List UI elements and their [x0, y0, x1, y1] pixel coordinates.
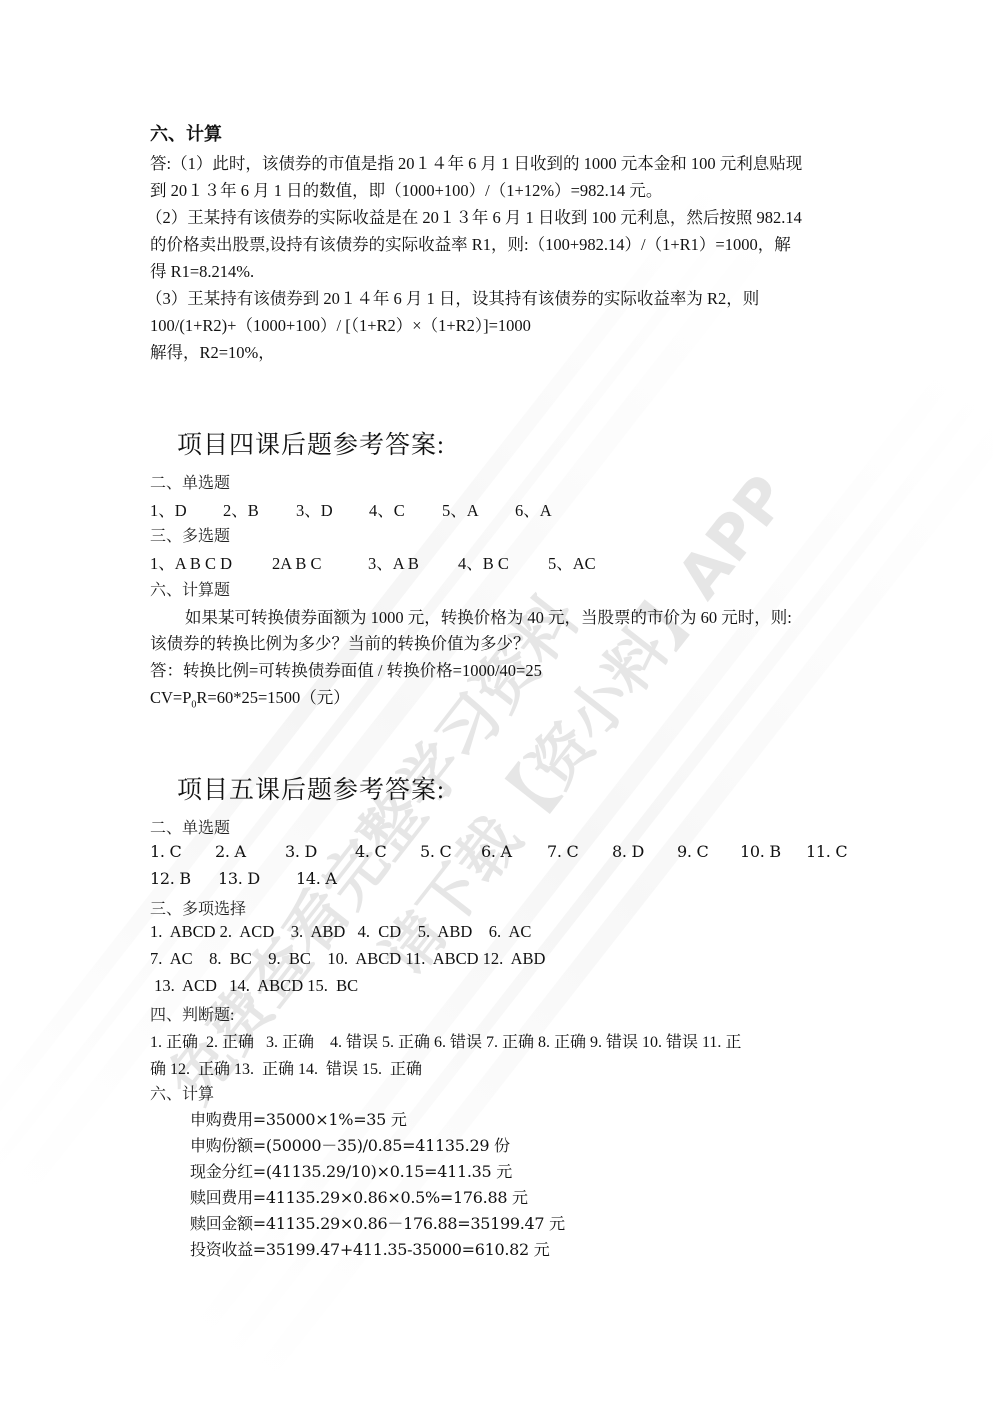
project4-single-choice-heading: 二、单选题 [150, 470, 230, 493]
project5-single-choice-row2: 12. B13. D14. A [150, 869, 337, 888]
answer-item: 4、B C [458, 550, 548, 574]
project5-judgement-heading: 四、判断题: [150, 1002, 234, 1025]
project5-calc-heading: 六、计算 [150, 1081, 214, 1104]
project5-multi-choice-row1: 1. ABCD 2. ACD 3. ABD 4. CD 5. ABD 6. AC [150, 922, 531, 942]
watermark-text-2: 请下载【资小料】APP [369, 463, 802, 990]
project5-calc-line: 申购份额=(50000－35)/0.85=41135.29 份 [190, 1133, 510, 1156]
calc-answer-line: 到 20１３年 6 月 1 日的数值，即（1000+100）/（1+12%）=9… [150, 177, 662, 201]
project5-single-choice-heading: 二、单选题 [150, 815, 230, 838]
answer-item: 12. B [150, 869, 218, 888]
answer-item: 7. C [547, 842, 612, 861]
answer-item: 8. D [612, 842, 677, 861]
calc-answer-line: 答:（1）此时，该债券的市值是指 20１４年 6 月 1 日收到的 1000 元… [150, 150, 802, 174]
project4-answer-line: 答：转换比例=可转换债券面值 / 转换价格=1000/40=25 [150, 657, 542, 681]
answer-item: 5、AC [548, 550, 596, 574]
answer-item: 5、A [442, 497, 515, 521]
answer-item: 1. C [150, 842, 215, 861]
project4-calc-heading: 六、计算题 [150, 577, 230, 600]
answer-item: 4、C [369, 497, 442, 521]
answer-item: 14. A [296, 869, 337, 888]
answer-item: 2A B C [272, 554, 368, 574]
answer-item: 13. D [218, 869, 296, 888]
project5-calc-line: 投资收益=35199.47+411.35-35000=610.82 元 [190, 1237, 549, 1260]
project5-judgement-row2: 确 12. 正确 13. 正确 14. 错误 15. 正确 [150, 1056, 422, 1079]
answer-item: 11. C [806, 842, 847, 861]
calc-answer-line: 得 R1=8.214%. [150, 258, 254, 282]
project4-question-line: 该债券的转换比例为多少？当前的转换价值为多少？ [150, 630, 530, 654]
answer-item: 3. D [285, 842, 355, 861]
calc-answer-line: 100/(1+R2)+（1000+100）/ [（1+R2）×（1+R2）]=1… [150, 312, 531, 336]
answer-item: 5. C [420, 842, 481, 861]
project5-calc-line: 赎回费用=41135.29×0.86×0.5%=176.88 元 [190, 1185, 528, 1208]
project4-question-line: 如果某可转换债券面额为 1000 元，转换价格为 40 元，当股票的市价为 60… [185, 604, 792, 628]
project4-single-choice-answers: 1、D2、B3、D4、C5、A6、A [150, 497, 552, 521]
cv-suffix: R=60*25=1500（元） [196, 688, 349, 707]
project5-calc-line: 申购费用=35000×1%=35 元 [190, 1107, 407, 1130]
project5-calc-line: 现金分红=(41135.29/10)×0.15=411.35 元 [190, 1159, 512, 1182]
project4-answer-line: CV=P0R=60*25=1500（元） [150, 684, 350, 710]
calc-answer-line: 解得，R2=10%， [150, 339, 275, 363]
project5-calc-line: 赎回金额=41135.29×0.86－176.88=35199.47 元 [190, 1211, 565, 1234]
calc-answer-line: （2）王某持有该债券的实际收益是在 20１３年 6 月 1 日收到 100 元利… [146, 204, 802, 228]
answer-item: 3、D [296, 497, 369, 521]
project5-single-choice-row1: 1. C2. A3. D4. C5. C6. A7. C8. D9. C10. … [150, 842, 847, 861]
project4-title: 项目四课后题参考答案: [177, 425, 445, 461]
answer-item: 2、B [223, 497, 296, 521]
project4-multi-choice-answers: 1、A B C D2A B C3、A B4、B C5、AC [150, 550, 596, 574]
cv-prefix: CV=P [150, 688, 191, 707]
answer-item: 9. C [677, 842, 740, 861]
project5-multi-choice-row3: 13. ACD 14. ABCD 15. BC [150, 976, 358, 996]
project5-title: 项目五课后题参考答案: [177, 770, 445, 806]
answer-item: 2. A [215, 842, 285, 861]
calc-answer-line: （3）王某持有该债券到 20１４年 6 月 1 日，设其持有该债券的实际收益率为… [146, 285, 759, 309]
answer-item: 3、A B [368, 550, 458, 574]
answer-item: 4. C [355, 842, 420, 861]
calc-heading: 六、计算 [150, 120, 222, 146]
project5-multi-choice-row2: 7. AC 8. BC 9. BC 10. ABCD 11. ABCD 12. … [150, 949, 545, 969]
calc-answer-line: 的价格卖出股票,设持有该债券的实际收益率 R1，则:（100+982.14）/（… [150, 231, 791, 255]
answer-item: 10. B [740, 842, 806, 861]
answer-item: 6、A [515, 497, 552, 521]
answer-item: 1、A B C D [150, 550, 272, 574]
project5-judgement-row1: 1. 正确 2. 正确 3. 正确 4. 错误 5. 正确 6. 错误 7. 正… [150, 1029, 741, 1052]
project4-multi-choice-heading: 三、多选题 [150, 523, 230, 546]
answer-item: 6. A [481, 842, 547, 861]
answer-item: 1、D [150, 497, 223, 521]
project5-multi-choice-heading: 三、多项选择 [150, 896, 246, 919]
